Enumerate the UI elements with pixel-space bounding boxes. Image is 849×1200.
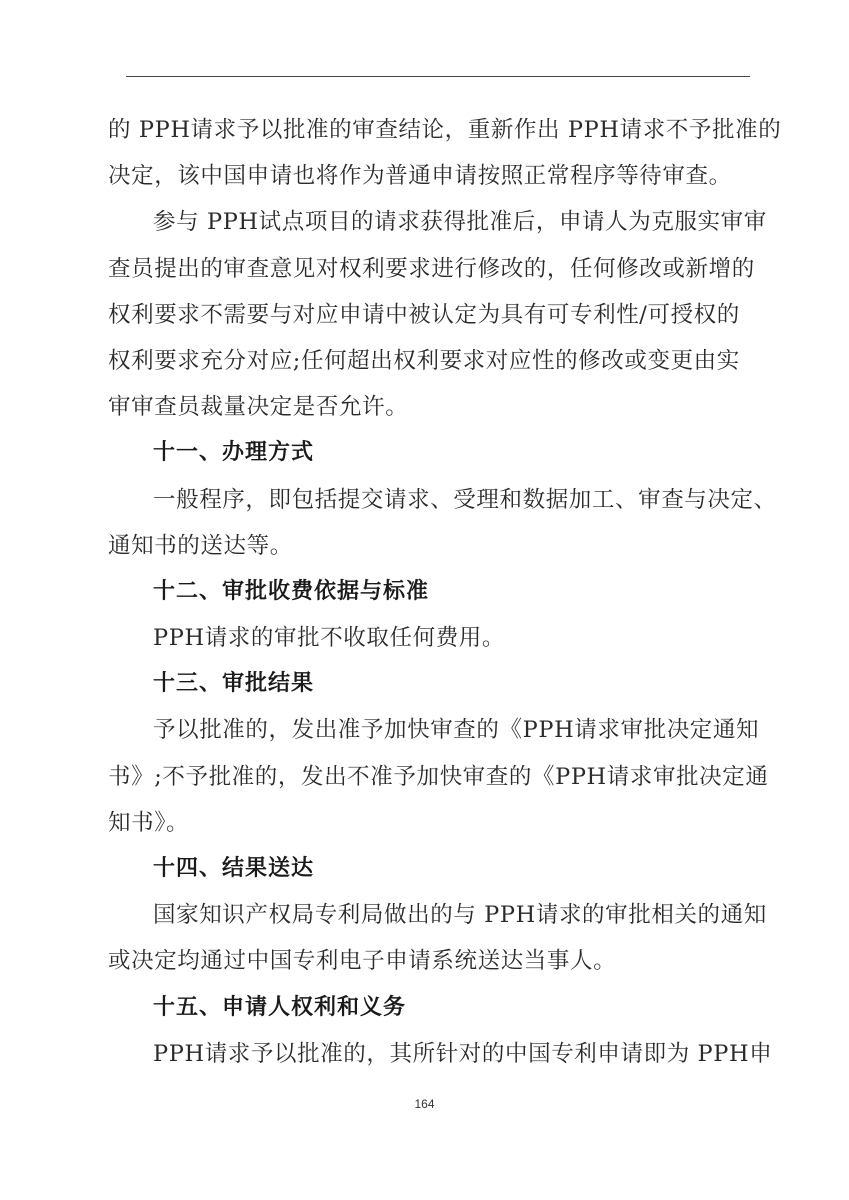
document-body: 的 PPH请求予以批准的审查结论，重新作出 PPH请求不予批准的 决定，该中国申… [108,107,750,1077]
section-heading-14: 十四、结果送达 [108,846,750,892]
body-line: 或决定均通过中国专利电子申请系统送达当事人。 [108,938,750,984]
body-line: 权利要求充分对应;任何超出权利要求对应性的修改或变更由实 [108,338,750,384]
body-line: 知书》。 [108,800,750,846]
body-line: 权利要求不需要与对应申请中被认定为具有可专利性/可授权的 [108,292,750,338]
section-heading-13: 十三、审批结果 [108,661,750,707]
body-line: 书》;不予批准的，发出不准予加快审查的《PPH请求审批决定通 [108,754,750,800]
body-line: 查员提出的审查意见对权利要求进行修改的，任何修改或新增的 [108,246,750,292]
page-number: 164 [0,1097,849,1111]
section-heading-12: 十二、审批收费依据与标准 [108,569,750,615]
section-heading-15: 十五、申请人权利和义务 [108,985,750,1031]
section-heading-11: 十一、办理方式 [108,430,750,476]
body-line: 决定，该中国申请也将作为普通申请按照正常程序等待审查。 [108,153,750,199]
body-line: 参与 PPH试点项目的请求获得批准后，申请人为克服实审审 [108,199,750,245]
body-line: 审审查员裁量决定是否允许。 [108,384,750,430]
body-line: PPH请求的审批不收取任何费用。 [108,615,750,661]
body-line: 予以批准的，发出准予加快审查的《PPH请求审批决定通知 [108,707,750,753]
body-line: 的 PPH请求予以批准的审查结论，重新作出 PPH请求不予批准的 [108,107,750,153]
header-rule [126,76,750,77]
body-line: 一般程序，即包括提交请求、受理和数据加工、审查与决定、 [108,477,750,523]
body-line: 通知书的送达等。 [108,523,750,569]
body-line: PPH请求予以批准的，其所针对的中国专利申请即为 PPH申 [108,1031,750,1077]
body-line: 国家知识产权局专利局做出的与 PPH请求的审批相关的通知 [108,892,750,938]
